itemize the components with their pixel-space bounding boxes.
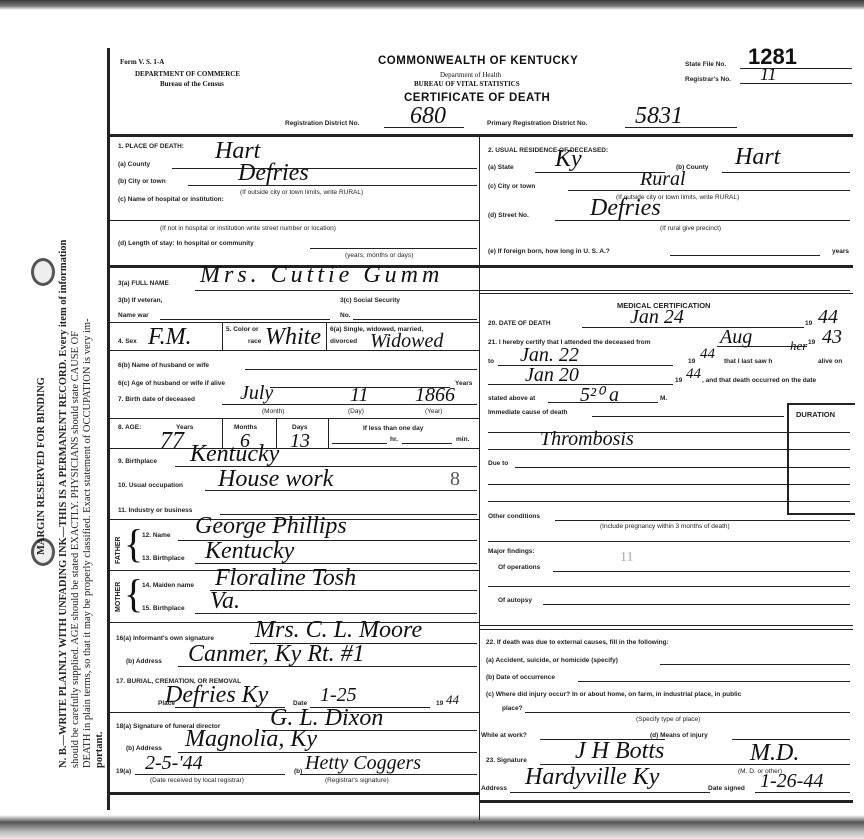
divorced-label: divorced — [330, 338, 357, 345]
informant-signature-value: Mrs. C. L. Moore — [255, 617, 422, 644]
min-label: min. — [456, 436, 469, 443]
last-saw-year: 44 — [686, 366, 701, 383]
residence-city-value: Rural — [640, 168, 686, 191]
place-of-death-title: 1. PLACE OF DEATH: — [118, 143, 184, 150]
date-received-value: 2-5-'44 — [145, 752, 203, 775]
margin-reserved-label: MARGIN RESERVED FOR BINDING — [36, 377, 48, 555]
binding-margin: MARGIN RESERVED FOR BINDING N. B.—WRITE … — [14, 60, 104, 770]
birthplace-value: Kentucky — [190, 441, 279, 468]
physician-signature-value: J H Botts — [575, 738, 664, 765]
residence-county-value: Hart — [735, 144, 780, 171]
death-county-label: (a) County — [118, 161, 150, 168]
age-years-value: 77 — [160, 428, 184, 455]
alive-on-label: alive on — [818, 358, 842, 365]
date-received-hint: (Date received by local registrar) — [150, 777, 244, 784]
state-file-label: State File No. — [685, 61, 726, 68]
registrar-signature-value: Hetty Coggers — [305, 752, 421, 775]
burial-year-value: 44 — [446, 692, 459, 708]
physician-suffix: M.D. — [750, 740, 799, 767]
burial-place-value: Defries Ky — [165, 682, 268, 709]
date-occurrence-label: (b) Date of occurrence — [486, 674, 555, 681]
death-occurred-label: , and that death occurred on the date — [702, 377, 816, 384]
attended-to-label: to — [488, 358, 494, 365]
year-hint: (Year) — [425, 408, 442, 415]
death-city-hint: (If outside city or town limits, write R… — [240, 189, 363, 196]
registration-district-label: Registration District No. — [285, 120, 359, 127]
margin-note-line1: N. B.—WRITE PLAINLY WITH UNFADING INK—TH… — [58, 240, 70, 768]
residence-street-value: Defries — [590, 195, 661, 222]
date-signed-value: 1-26-44 — [760, 770, 823, 793]
funeral-director-address-label: (b) Address — [126, 745, 162, 752]
date-of-death-label: 20. DATE OF DEATH — [488, 320, 551, 327]
age-label: 8. AGE: — [118, 424, 141, 431]
burial-year-prefix: 19 — [436, 700, 443, 707]
date-signed-label: Date signed — [708, 785, 745, 792]
father-name-value: George Phillips — [195, 513, 347, 540]
registrar-number-label: Registrar's No. — [685, 76, 731, 83]
last-saw-her: her — [790, 338, 807, 354]
registration-district-number: 680 — [410, 103, 446, 130]
duration-label: DURATION — [796, 410, 835, 419]
mother-birthplace-value: Va. — [210, 588, 240, 615]
injury-place-label-2: place? — [502, 705, 523, 712]
spouse-age-unit: Years — [455, 380, 472, 387]
dept-health: Department of Health — [440, 71, 501, 79]
margin-note-line3: DEATH in plain terms, so that it may be … — [82, 318, 94, 768]
attended-from-year: 43 — [822, 326, 842, 349]
mother-birthplace-label: 15. Birthplace — [142, 605, 185, 612]
physician-address-value: Hardyville Ky — [525, 764, 659, 791]
color-value: White — [265, 324, 321, 351]
operations-label: Of operations — [498, 564, 540, 571]
father-birthplace-value: Kentucky — [205, 538, 294, 565]
dept-commerce: DEPARTMENT OF COMMERCE — [135, 70, 240, 78]
injury-place-hint: (Specify type of place) — [636, 716, 700, 723]
mother-name-label: 14. Maiden name — [142, 582, 194, 589]
other-conditions-hint: (Include pregnancy within 3 months of de… — [600, 523, 730, 530]
foreign-born-unit: years — [832, 248, 849, 255]
time-of-death-value: 5²⁰ a — [580, 382, 619, 407]
sex-value: F.M. — [148, 324, 192, 351]
margin-note-line4: portant. — [94, 732, 106, 768]
name-war-label: Name war — [118, 312, 149, 319]
last-saw-label: that I last saw h — [724, 358, 772, 365]
other-conditions-label: Other conditions — [488, 513, 540, 520]
hospital-label: (c) Name of hospital or institution: — [118, 196, 224, 203]
birthplace-label: 9. Birthplace — [118, 458, 157, 465]
time-suffix: M. — [660, 395, 667, 402]
occupation-code: 8 — [450, 468, 460, 491]
stated-above-label: stated above at — [488, 395, 535, 402]
residence-street-label: (d) Street No. — [488, 212, 529, 219]
last-saw-year-prefix: 19 — [675, 377, 682, 384]
form-number: Form V. S. 1-A — [120, 58, 164, 66]
hr-label: hr. — [390, 436, 398, 443]
length-of-stay-hint: (years, months or days) — [345, 252, 413, 259]
father-name-label: 12. Name — [142, 532, 171, 539]
death-city-label: (b) City or town — [118, 178, 166, 185]
informant-address-value: Canmer, Ky Rt. #1 — [188, 641, 365, 668]
foreign-born-label: (e) If foreign born, how long in U. S. A… — [488, 248, 610, 255]
attended-from-year-prefix: 19 — [808, 339, 815, 346]
registrar-number: 11 — [760, 64, 777, 85]
veteran-label: 3(b) If veteran, — [118, 297, 162, 304]
registrar-signature-hint: (Registrar's signature) — [325, 777, 389, 784]
occupation-value: House work — [218, 466, 333, 493]
spouse-age-label: 6(c) Age of husband or wife if alive — [118, 380, 225, 387]
major-findings-label: Major findings: — [488, 548, 535, 555]
binding-hole-top — [31, 258, 55, 286]
date-received-label: 19(a) — [116, 768, 131, 775]
death-city-value: Defries — [238, 160, 309, 187]
primary-district-number: 5831 — [635, 103, 683, 130]
full-name-label: 3(a) FULL NAME — [118, 280, 169, 287]
father-brace: { — [124, 524, 143, 564]
race-label: race — [248, 338, 261, 345]
duration-box — [787, 403, 855, 515]
accident-label: (a) Accident, suicide, or homicide (spec… — [486, 657, 618, 664]
less-than-day-label: If less than one day — [363, 425, 423, 432]
physician-address-label: Address — [481, 785, 507, 792]
father-birthplace-label: 13. Birthplace — [142, 555, 185, 562]
funeral-director-address-value: Magnolia, Ky — [185, 726, 317, 753]
scan-bottom-edge — [0, 815, 864, 839]
physician-signature-label: 23. Signature — [486, 757, 527, 764]
due-to-label: Due to — [488, 460, 508, 467]
injury-place-label: (c) Where did injury occur? In or about … — [486, 691, 741, 698]
state-title: COMMONWEALTH OF KENTUCKY — [378, 55, 578, 67]
hospital-hint: (If not in hospital or institution write… — [160, 225, 336, 232]
full-name-value: Mrs. Cuttie Gumm — [200, 262, 443, 289]
occupation-label: 10. Usual occupation — [118, 482, 183, 489]
immediate-cause-label: Immediate cause of death — [488, 409, 567, 416]
scan-top-edge — [0, 0, 864, 10]
while-at-work-label: While at work? — [481, 732, 527, 739]
day-hint: (Day) — [348, 408, 364, 415]
month-hint: (Month) — [262, 408, 284, 415]
social-security-no-label: No. — [340, 312, 350, 319]
death-year-prefix: 19 — [805, 320, 812, 327]
industry-label: 11. Industry or business — [118, 507, 192, 514]
social-security-label: 3(c) Social Security — [340, 297, 400, 304]
spouse-name-label: 6(b) Name of husband or wife — [118, 362, 209, 369]
autopsy-label: Of autopsy — [498, 597, 532, 604]
margin-note-line2: should be carefully supplied. AGE should… — [70, 331, 82, 768]
immediate-cause-value: Thrombosis — [540, 428, 634, 451]
length-of-stay-label: (d) Length of stay: In hospital or commu… — [118, 240, 254, 247]
date-of-death-value: Jan 24 — [630, 306, 684, 329]
mother-brace: { — [124, 574, 143, 614]
birth-date-label: 7. Birth date of deceased — [118, 396, 195, 403]
residence-city-label: (c) City or town — [488, 183, 535, 190]
attended-to-year-prefix: 19 — [688, 358, 695, 365]
residence-title: 2. USUAL RESIDENCE OF DECEASED: — [488, 147, 608, 154]
birth-month: July — [240, 382, 273, 405]
sex-label: 4. Sex — [118, 338, 137, 345]
external-causes-title: 22. If death was due to external causes,… — [486, 639, 669, 646]
residence-state-value: Ky — [555, 146, 582, 173]
primary-district-label: Primary Registration District No. — [487, 120, 587, 127]
informant-address-label: (b) Address — [126, 658, 162, 665]
bureau-vital: BUREAU OF VITAL STATISTICS — [414, 80, 520, 88]
attended-to-year: 44 — [700, 346, 715, 363]
residence-state-label: (a) State — [488, 164, 514, 171]
operations-value: 11 — [620, 550, 633, 566]
color-label: 5. Color or — [226, 326, 259, 333]
bureau-census: Bureau of the Census — [160, 80, 224, 88]
age-days-value: 13 — [290, 430, 310, 453]
burial-date-value: 1-25 — [320, 684, 357, 707]
residence-street-hint: (If rural give precinct) — [660, 225, 721, 232]
